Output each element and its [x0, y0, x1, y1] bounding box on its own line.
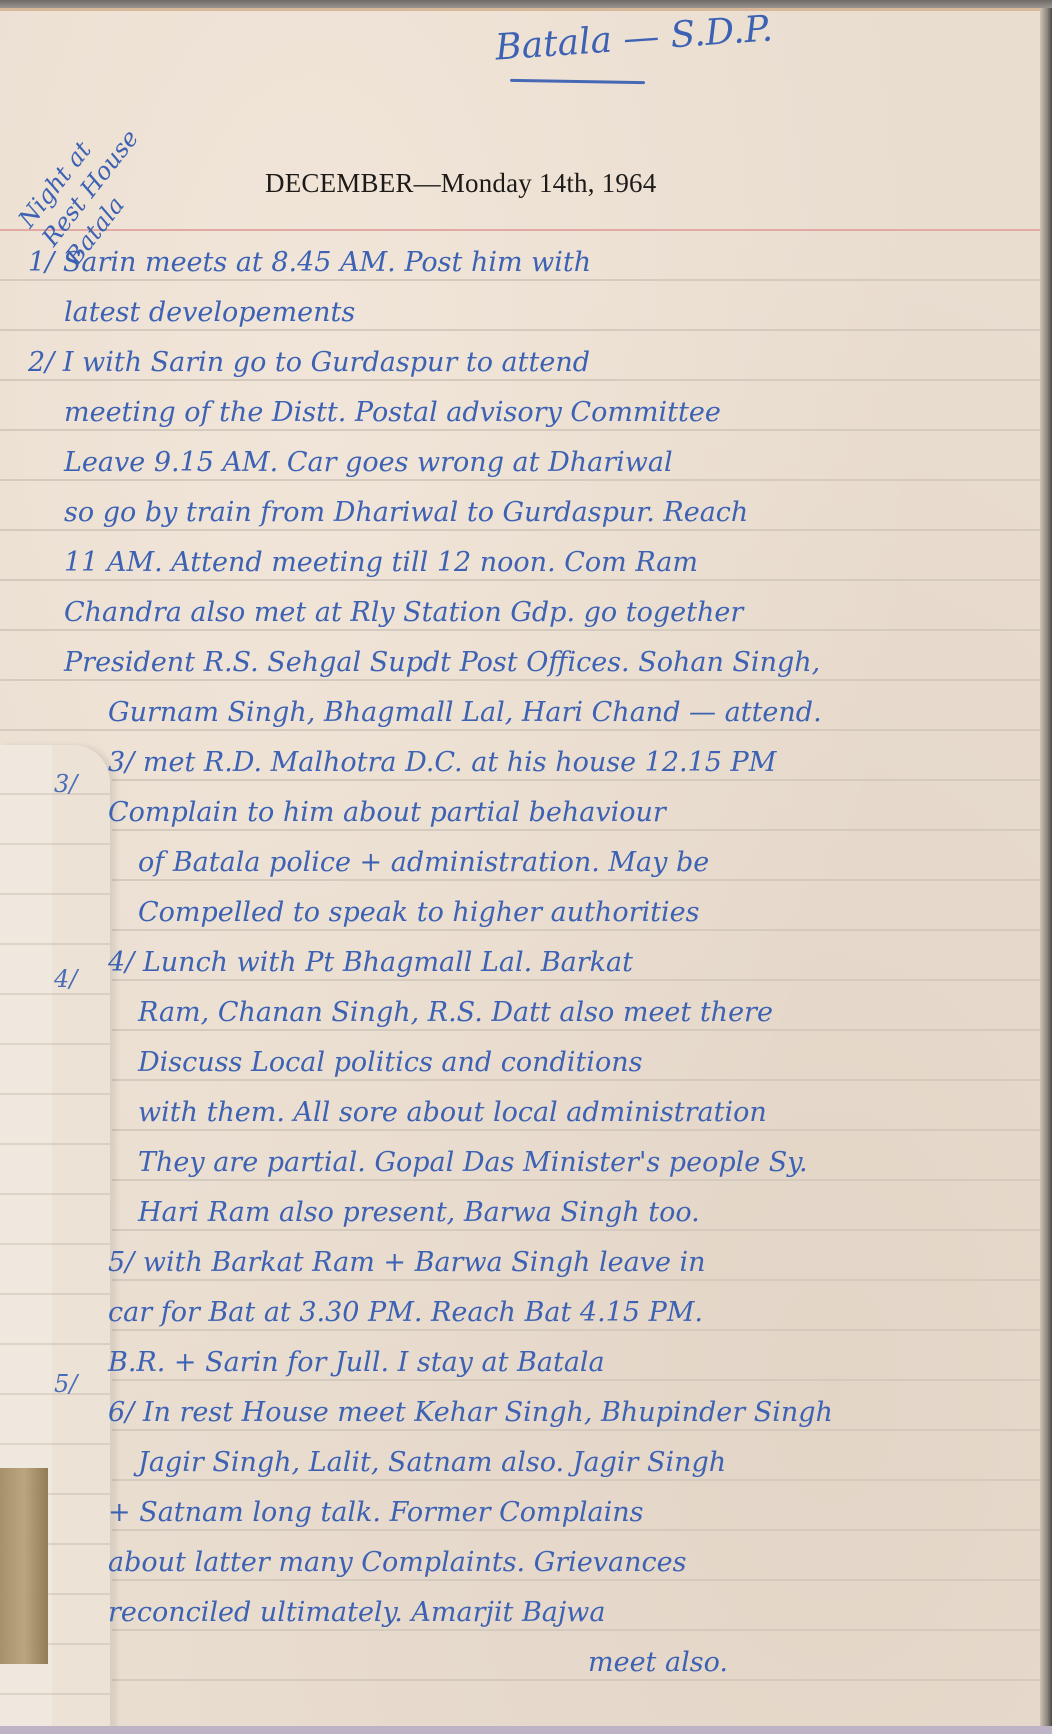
entry-4-line-6: Hari Ram also present, Barwa Singh too.	[28, 1188, 1028, 1238]
entry-4-line-5: They are partial. Gopal Das Minister's p…	[28, 1138, 1028, 1188]
entry-1-line-1: 1/ Sarin meets at 8.45 AM. Post him with	[28, 238, 1028, 288]
scanner-top-edge	[0, 0, 1052, 8]
diary-entries: 1/ Sarin meets at 8.45 AM. Post him with…	[28, 238, 1028, 1688]
entry-5-line-1: 5/ with Barkat Ram + Barwa Singh leave i…	[28, 1238, 1028, 1288]
entry-3-line-4: Compelled to speak to higher authorities	[28, 888, 1028, 938]
entry-2-line-4: so go by train from Dhariwal to Gurdaspu…	[28, 488, 1028, 538]
entry-4-line-2: Ram, Chanan Singh, R.S. Datt also meet t…	[28, 988, 1028, 1038]
entry-4-line-1: 4/ Lunch with Pt Bhagmall Lal. Barkat	[28, 938, 1028, 988]
entry-1-line-2: latest developements	[28, 288, 1028, 338]
header-red-rule	[0, 229, 1040, 231]
entry-6-line-4: about latter many Complaints. Grievances	[28, 1538, 1028, 1588]
entry-3-line-2: Complain to him about partial behaviour	[28, 788, 1028, 838]
entry-6-line-2: Jagir Singh, Lalit, Satnam also. Jagir S…	[28, 1438, 1028, 1488]
entry-6-line-6: meet also.	[28, 1638, 1028, 1688]
entry-4-line-4: with them. All sore about local administ…	[28, 1088, 1028, 1138]
entry-2-line-1: 2/ I with Sarin go to Gurdaspur to atten…	[28, 338, 1028, 388]
entry-2-line-5: 11 AM. Attend meeting till 12 noon. Com …	[28, 538, 1028, 588]
entry-2-line-8: Gurnam Singh, Bhagmall Lal, Hari Chand —…	[28, 688, 1028, 738]
scanner-bottom-edge	[0, 1726, 1052, 1734]
entry-2-line-6: Chandra also met at Rly Station Gdp. go …	[28, 588, 1028, 638]
entry-6-line-5: reconciled ultimately. Amarjit Bajwa	[28, 1588, 1028, 1638]
entry-2-line-7: President R.S. Sehgal Supdt Post Offices…	[28, 638, 1028, 688]
page-right-edge	[1040, 8, 1052, 1734]
entry-5-line-3: B.R. + Sarin for Jull. I stay at Batala	[28, 1338, 1028, 1388]
entry-2-line-3: Leave 9.15 AM. Car goes wrong at Dhariwa…	[28, 438, 1028, 488]
entry-3-line-3: of Batala police + administration. May b…	[28, 838, 1028, 888]
entry-2-line-2: meeting of the Distt. Postal advisory Co…	[28, 388, 1028, 438]
printed-date-header: DECEMBER—Monday 14th, 1964	[265, 168, 656, 199]
entry-6-line-1: 6/ In rest House meet Kehar Singh, Bhupi…	[28, 1388, 1028, 1438]
entry-6-line-3: + Satnam long talk. Former Complains	[28, 1488, 1028, 1538]
entry-5-line-2: car for Bat at 3.30 PM. Reach Bat 4.15 P…	[28, 1288, 1028, 1338]
entry-3-line-1: 3/ met R.D. Malhotra D.C. at his house 1…	[28, 738, 1028, 788]
entry-4-line-3: Discuss Local politics and conditions	[28, 1038, 1028, 1088]
